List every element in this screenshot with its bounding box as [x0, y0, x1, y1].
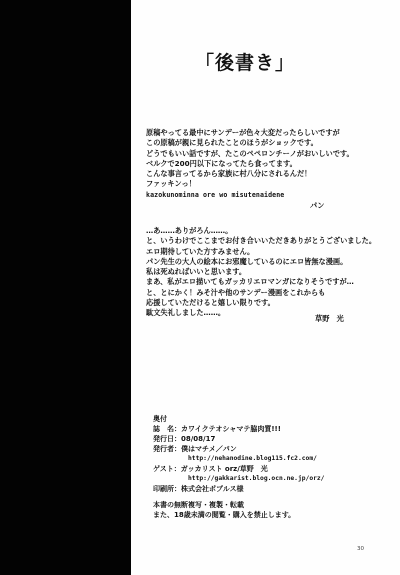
colophon-value: 僕はマチメ／パン: [181, 445, 237, 453]
guest-url: http://gakkarist.blog.ocn.ne.jp/orz/: [153, 474, 324, 484]
afterword-1-line: こんな事言ってるから家族に村八分にされるんだ！: [146, 169, 354, 179]
afterword-1-line: ファッキンっ！: [146, 179, 354, 189]
signature-pan: パン: [310, 201, 324, 211]
colophon-row-date: 発行日：08/08/17: [153, 434, 324, 444]
colophon-value: 株式会社ポプルス様: [181, 485, 244, 493]
colophon-row-guest: ゲスト：ガッカリスト orz/草野 光: [153, 464, 324, 474]
afterword-block-2: …あ……ありがろん……。 と、いうわけでここまでお付き合いいただきありがとうござ…: [146, 226, 376, 319]
afterword-2-line: 私は死ぬればいいと思います。: [146, 267, 376, 277]
afterword-2-line: と、いうわけでここまでお付き合いいただきありがとうございました。: [146, 236, 376, 246]
notice-line: 本書の無断複写・複製・転載: [153, 500, 295, 510]
colophon-label: 誌 名：: [153, 425, 181, 433]
afterword-1-line: この原稿が親に見られたことのほうがショックです。: [146, 138, 354, 148]
afterword-2-line: …あ……ありがろん……。: [146, 226, 376, 236]
page-number: 30: [357, 546, 364, 552]
colophon-value: カワイクテオシャマテ脇肉質!!!: [181, 425, 281, 433]
notice-line: また、18歳未満の閲覧・購入を禁止します。: [153, 510, 295, 520]
colophon-label: 発行者：: [153, 445, 181, 453]
publisher-url: http://nehanodine.blog115.fc2.com/: [153, 454, 324, 464]
afterword-1-line: ベルクで200円以下になってたら食ってます。: [146, 159, 354, 169]
colophon-label: ゲスト：: [153, 465, 181, 473]
colophon-value: 08/08/17: [181, 435, 215, 443]
black-left-panel: [0, 0, 131, 575]
afterword-block-1: 原稿やってる最中にサンデーが色々大変だったらしいですが この原稿が親に見られたこ…: [146, 128, 354, 200]
afterword-1-line: どうでもいい話ですが、たこのペペロンチーノがおいしいです。: [146, 149, 354, 159]
afterword-2-line: パン先生の大人の絵本にお邪魔しているのにエロ皆無な漫画。: [146, 257, 376, 267]
colophon-heading: 奥付: [153, 414, 324, 424]
afterword-2-line: 応援していただけると嬉しい限りです。: [146, 298, 376, 308]
page-title: 「後書き」: [195, 48, 295, 75]
afterword-2-line: まあ、私がエロ描いてもガッカリエロマンガになりそうですが…: [146, 277, 376, 287]
copyright-notice: 本書の無断複写・複製・転載 また、18歳未満の閲覧・購入を禁止します。: [153, 500, 295, 520]
colophon-row-publisher: 発行者：僕はマチメ／パン: [153, 444, 324, 454]
colophon-row-printer: 印刷所：株式会社ポプルス様: [153, 484, 324, 494]
afterword-2-line: と、とにかく！みそ汁や他のサンデー漫画をこれからも: [146, 288, 376, 298]
colophon-label: 発行日：: [153, 435, 181, 443]
signature-kusano: 草野 光: [315, 314, 344, 324]
afterword-1-line: 原稿やってる最中にサンデーが色々大変だったらしいですが: [146, 128, 354, 138]
colophon-row-title: 誌 名：カワイクテオシャマテ脇肉質!!!: [153, 424, 324, 434]
afterword-1-romaji: kazokunominna ore wo misutenaidene: [146, 190, 354, 200]
colophon: 奥付 誌 名：カワイクテオシャマテ脇肉質!!! 発行日：08/08/17 発行者…: [153, 414, 324, 494]
colophon-value: ガッカリスト orz/草野 光: [181, 465, 268, 473]
colophon-label: 印刷所：: [153, 485, 181, 493]
afterword-2-line: エロ期待していた方すみません。: [146, 247, 376, 257]
